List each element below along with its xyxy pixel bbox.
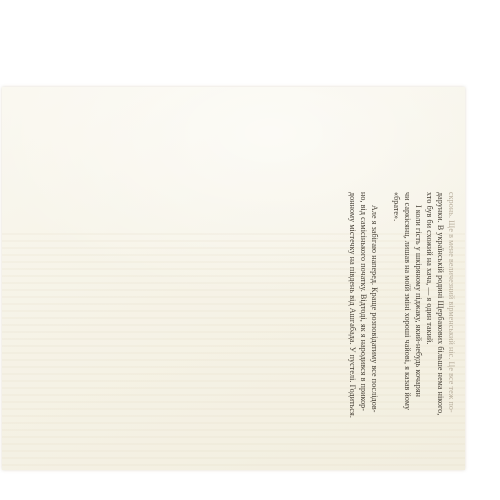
text-line: скронь. Ще в мене величезний вірменський…: [446, 192, 457, 420]
text-line: [380, 192, 391, 420]
rotated-text-block: скронь. Ще в мене величезний вірменський…: [347, 192, 457, 420]
text-line: донному містечку на південь від Ашгабада…: [347, 192, 358, 420]
text-line: но, від самісінького початку. Відтоді, я…: [358, 192, 369, 420]
scan-canvas: скронь. Ще в мене величезний вірменський…: [0, 0, 500, 500]
page-text-lines: скронь. Ще в мене величезний вірменський…: [347, 192, 457, 420]
text-line: дарунки. В українській родині Щербакових…: [435, 192, 446, 420]
text-line: хто був би схожий на хача, — я один таки…: [424, 192, 435, 420]
text-line: «брате».: [391, 192, 402, 420]
text-line: Але я забігаю наперед. Краще розповідати…: [369, 192, 380, 420]
book-page: скронь. Ще в мене величезний вірменський…: [2, 87, 465, 470]
text-line: чи саркісянц, лишав на моїй зміні хороші…: [402, 192, 413, 420]
text-line: І коли гість у шкіряному піджаку, який-н…: [413, 192, 424, 420]
